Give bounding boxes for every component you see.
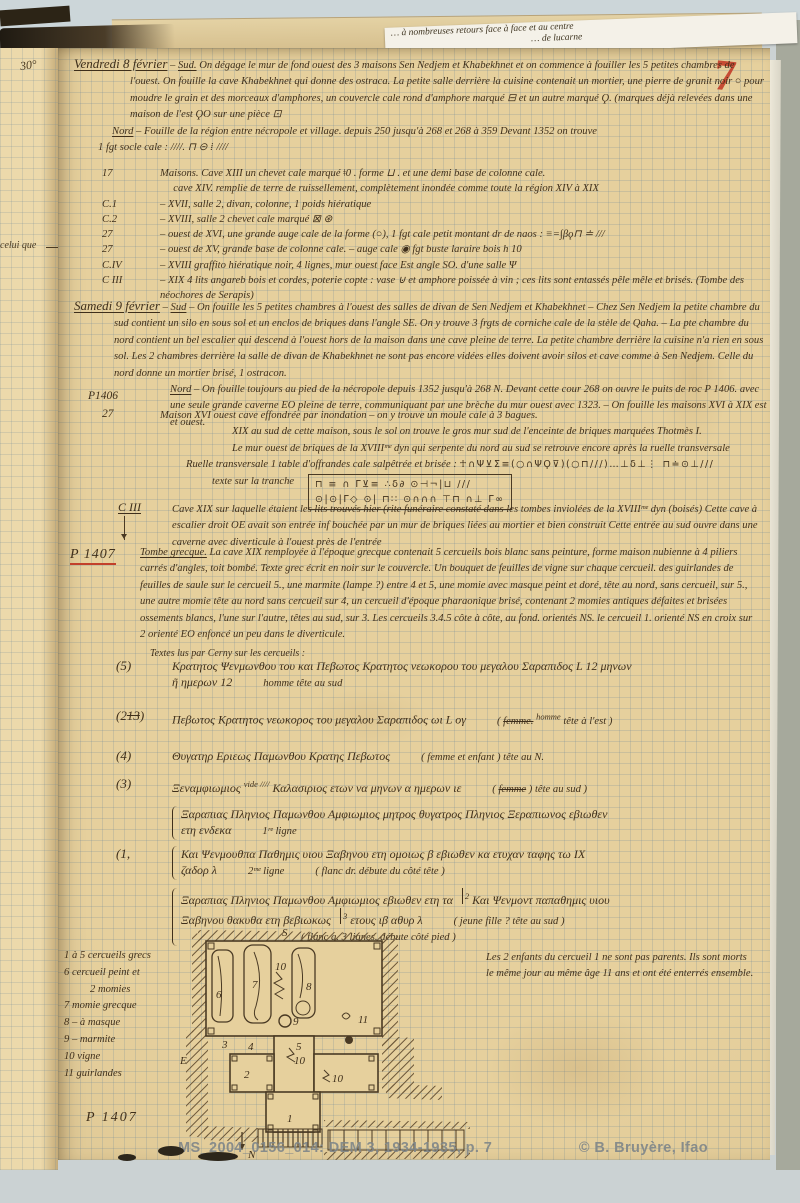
- maisons-row: 27 – ouest de XVI, une grande auge cale …: [102, 227, 770, 242]
- maisons-row-label: 27: [102, 227, 160, 242]
- plan-number-10: 10: [275, 961, 287, 973]
- maisons-row: cave XIV. remplie de terre de ruissellem…: [102, 181, 770, 196]
- margin-label-27: 27: [102, 408, 114, 420]
- hieroglyph-line: ⊓ ≡ ∩ Γ⊻≡ ∴δ∂ ⊙⊣¬|⊔ ///: [315, 477, 505, 492]
- cave-xix-text: Cave XIX sur laquelle étaient les lits t…: [172, 502, 762, 551]
- coffin-number: (1,: [116, 846, 130, 862]
- edge-text-label: texte sur la tranche: [212, 474, 308, 490]
- entry-saturday-paragraph: Samedi 9 février – Sud – On fouille les …: [74, 298, 768, 382]
- section-sud: Sud.: [178, 60, 197, 71]
- greek-line: Και Ψενμουθπα Παθημις υιου Ξαβηνου ετη ο…: [181, 846, 764, 862]
- coffin-text-2: (213) Πεβωτος Κρατητος νεωκορος του μεγα…: [116, 708, 764, 730]
- entry-text: – On fouille les 5 petites chambres à l'…: [114, 302, 763, 379]
- greek-line: Και Ψενμοντ παπαθημις υιου: [472, 893, 609, 907]
- plan-number-2: 2: [244, 1069, 250, 1081]
- plan-number-8: 8: [306, 981, 312, 993]
- greek-line: Ξαραπιας Πληνιος Παμωνθου Αμφιωμιος εβιω…: [181, 893, 453, 907]
- margin-note-text: celui que: [0, 240, 36, 251]
- line-divider: 2: [462, 888, 469, 904]
- coffin-text-1: (1, Και Ψενμουθπα Παθημις υιου Ξαβηνου ε…: [116, 846, 764, 880]
- maisons-row: C.IV – XVIII graffito hiératique noir, 4…: [102, 258, 770, 273]
- tomb-title: Tombe grecque.: [140, 547, 207, 558]
- margin-label-p1406: P1406: [88, 390, 118, 402]
- maisons-row-text: – XVII, salle 2, divan, colonne, 1 poids…: [160, 197, 770, 212]
- torn-edge: [118, 1154, 136, 1161]
- entry-friday-nord: Nord – Fouille de la région entre nécrop…: [112, 124, 766, 140]
- notebook-scan: … à nombreuses retours face à face et au…: [0, 0, 800, 1203]
- plan-number-3: 3: [221, 1039, 228, 1051]
- coffin-number: (213): [116, 708, 144, 724]
- greek-line: Κρατητος Ψενμωνθου του και Πεβωτος Κρατη…: [172, 658, 764, 674]
- tomb-p1407-block: P 1407 Tombe grecque. La cave XIX remplo…: [70, 545, 770, 663]
- greek-line: ζαδορ λ: [181, 863, 217, 877]
- section-sud: Sud: [171, 302, 187, 313]
- tomb-plan-drawing: S E N 6 7 8 9 10 11 3 4 5 2 1 10 10: [146, 924, 476, 1160]
- maisons-row-text: cave XIV. remplie de terre de ruissellem…: [160, 181, 770, 196]
- dash: –: [163, 302, 168, 313]
- margin-label-ciii: C III: [118, 500, 141, 515]
- children-note-line1: Les 2 enfants du cercueil 1 ne sont pas …: [448, 950, 778, 966]
- maisons-row-text: – ouest de XV, grande base de colonne ca…: [160, 242, 770, 257]
- coffin-number: (5): [116, 658, 131, 674]
- greek-coffin-texts: (5) Κρατητος Ψενμωνθου του και Πεβωτος Κ…: [116, 656, 764, 956]
- section-nord: Nord: [112, 126, 133, 137]
- tomb-p1407-paragraph: Tombe grecque. La cave XIX remployée à l…: [140, 545, 760, 643]
- bottom-label-p1407: P 1407: [86, 1110, 138, 1126]
- greek-line: ετη ενδεκα: [181, 823, 231, 837]
- maisons-row: C.2 – XVIII, salle 2 chevet cale marqué …: [102, 212, 770, 227]
- greek-line: Καλασιριος ετων να μηνων α ημερων ιε: [272, 781, 461, 795]
- hieroglyph-inscription: ☥∩Ψ⊻Σ≡(○∩ΨϘ⊽)(○⊓///)…⊥δ⊥⋮ ⊓≐⊙⊥///: [460, 459, 715, 470]
- entry-date: Vendredi 8 février: [74, 56, 167, 71]
- paper-stain: [488, 1008, 668, 1128]
- entry-date: Samedi 9 février: [74, 298, 160, 313]
- plan-number-6: 6: [216, 989, 222, 1001]
- plan-number-10c: 10: [332, 1073, 344, 1085]
- coffin-text-3: (3) Ξεναμφιωμιος vide //// Καλασιριος ετ…: [116, 776, 764, 798]
- wall-line: Le mur ouest de briques de la XVIIIᵐᵉ dy…: [232, 441, 770, 457]
- dash: –: [170, 60, 175, 71]
- greek-line: Ξεναμφιωμιος: [172, 781, 241, 795]
- maisons-row-text: – ouest de XVI, une grande auge cale de …: [160, 227, 770, 242]
- tomb-text: La cave XIX remployée à l'époque grecque…: [140, 547, 752, 640]
- french-note: ( femme et enfant ) tête au N.: [421, 752, 544, 763]
- entry-friday-8-february: Vendredi 8 février – Sud. On dégage le m…: [74, 56, 766, 156]
- coffin-text-4: (4) Θυγατηρ Εριεως Παμωνθου Κρατης Πεβωτ…: [116, 748, 764, 766]
- house-xvi-line: Maison XVI ouest cave effondrée par inon…: [160, 408, 770, 424]
- maisons-row-label: C.2: [102, 212, 160, 227]
- coffin-number: (4): [116, 748, 131, 764]
- greek-line: Θυγατηρ Εριεως Παμωνθου Κρατης Πεβωτος: [172, 749, 390, 763]
- maisons-row-label: 27: [102, 242, 160, 257]
- maisons-row: C.1 – XVII, salle 2, divan, colonne, 1 p…: [102, 197, 770, 212]
- facing-page-edge: [0, 48, 58, 1170]
- maisons-row-text: – XVIII, salle 2 chevet cale marqué ⊠ ⊛: [160, 212, 770, 227]
- plan-number-5: 5: [296, 1041, 302, 1053]
- maisons-list: 17 Maisons. Cave XIII un chevet cale mar…: [102, 166, 770, 304]
- maisons-row: 27 – ouest de XV, grande base de colonne…: [102, 242, 770, 257]
- greek-line: ῆ ημερων 12: [172, 675, 232, 689]
- cave-xix-block: C III Cave XIX sur laquelle étaient les …: [102, 502, 770, 551]
- plan-label-east: E: [179, 1055, 187, 1067]
- greek-line: Πεβωτος Κρατητος νεωκορος του μεγαλου Σα…: [172, 713, 466, 727]
- corner-annotation: 30°: [19, 57, 38, 74]
- entry-friday-paragraph: Vendredi 8 février – Sud. On dégage le m…: [74, 56, 766, 124]
- children-note-line2: le même jour au même âge 11 ans et ont é…: [448, 966, 778, 982]
- maisons-row-label: 17: [102, 166, 160, 181]
- socle-cale-line: 1 fgt socle cale : ////. ⊓ ⊝ ⁞ ////: [98, 140, 766, 156]
- maisons-row-label: C.IV: [102, 258, 160, 273]
- archive-watermark: MS_2004_0156_014: DEM 3, 1934-1935, p. 7…: [178, 1140, 708, 1156]
- house-xix-line: XIX au sud de cette maison, sous le sol …: [232, 424, 770, 440]
- watermark-copyright: © B. Bruyère, Ifao: [579, 1140, 708, 1156]
- greek-line: Ξαραπιας Πληνιος Παμωνθου Αμφιωμιος μητρ…: [181, 806, 764, 822]
- entry-text: On dégage le mur de fond ouest des 3 mai…: [130, 60, 764, 120]
- vide-note: vide ////: [244, 779, 270, 789]
- margin-label-p1407: P 1407: [70, 547, 116, 565]
- coffin-text-sarapias-1: Ξαραπιας Πληνιος Παμωνθου Αμφιωμιος μητρ…: [116, 806, 764, 840]
- entry-text: – Fouille de la région entre nécropole e…: [136, 126, 597, 137]
- plan-number-10b: 10: [294, 1055, 306, 1067]
- torn-edge: [158, 1146, 184, 1156]
- plan-number-11: 11: [358, 1014, 368, 1026]
- coffin-text-5: (5) Κρατητος Ψενμωνθου του και Πεβωτος Κ…: [116, 658, 764, 692]
- plan-number-7: 7: [252, 979, 258, 991]
- french-note: ( flanc dr. débute du côté tête ): [315, 866, 444, 877]
- plan-number-4: 4: [248, 1041, 254, 1053]
- house-xvi-block: 27 Maison XVI ouest cave effondrée par i…: [102, 408, 770, 510]
- plan-number-9: 9: [293, 1016, 299, 1028]
- line-divider: 3: [340, 908, 347, 924]
- margin-arrow-down: [124, 516, 125, 540]
- offering-table-line: Ruelle transversale 1 table d'offrandes …: [186, 457, 770, 473]
- offering-table-text: Ruelle transversale 1 table d'offrandes …: [186, 459, 457, 470]
- torn-edge: [198, 1152, 238, 1161]
- children-note: Les 2 enfants du cercueil 1 ne sont pas …: [448, 950, 778, 983]
- maisons-row-text: Maisons. Cave XIII un chevet cale marqué…: [160, 166, 770, 181]
- coffin-number: (3): [116, 776, 131, 792]
- line-ref-note: 2ᵐᵉ ligne: [248, 866, 284, 877]
- notebook-page: 7 Vendredi 8 février – Sud. On dégage le…: [58, 48, 770, 1160]
- line-ref-note: 1ʳᵉ ligne: [262, 826, 296, 837]
- plan-label-south: S: [282, 927, 288, 939]
- maisons-row-text: – XVIII graffito hiératique noir, 4 lign…: [160, 258, 770, 273]
- plan-number-1: 1: [287, 1113, 293, 1125]
- maisons-row-label: C.1: [102, 197, 160, 212]
- maisons-row: 17 Maisons. Cave XIII un chevet cale mar…: [102, 166, 770, 181]
- maisons-row-label: [102, 181, 160, 196]
- section-nord: Nord: [170, 384, 191, 395]
- french-note: homme tête au sud: [263, 678, 342, 689]
- french-note: ( femme. homme tête à l'est ): [497, 716, 612, 727]
- french-note: ( femme ) tête au sud ): [492, 784, 587, 795]
